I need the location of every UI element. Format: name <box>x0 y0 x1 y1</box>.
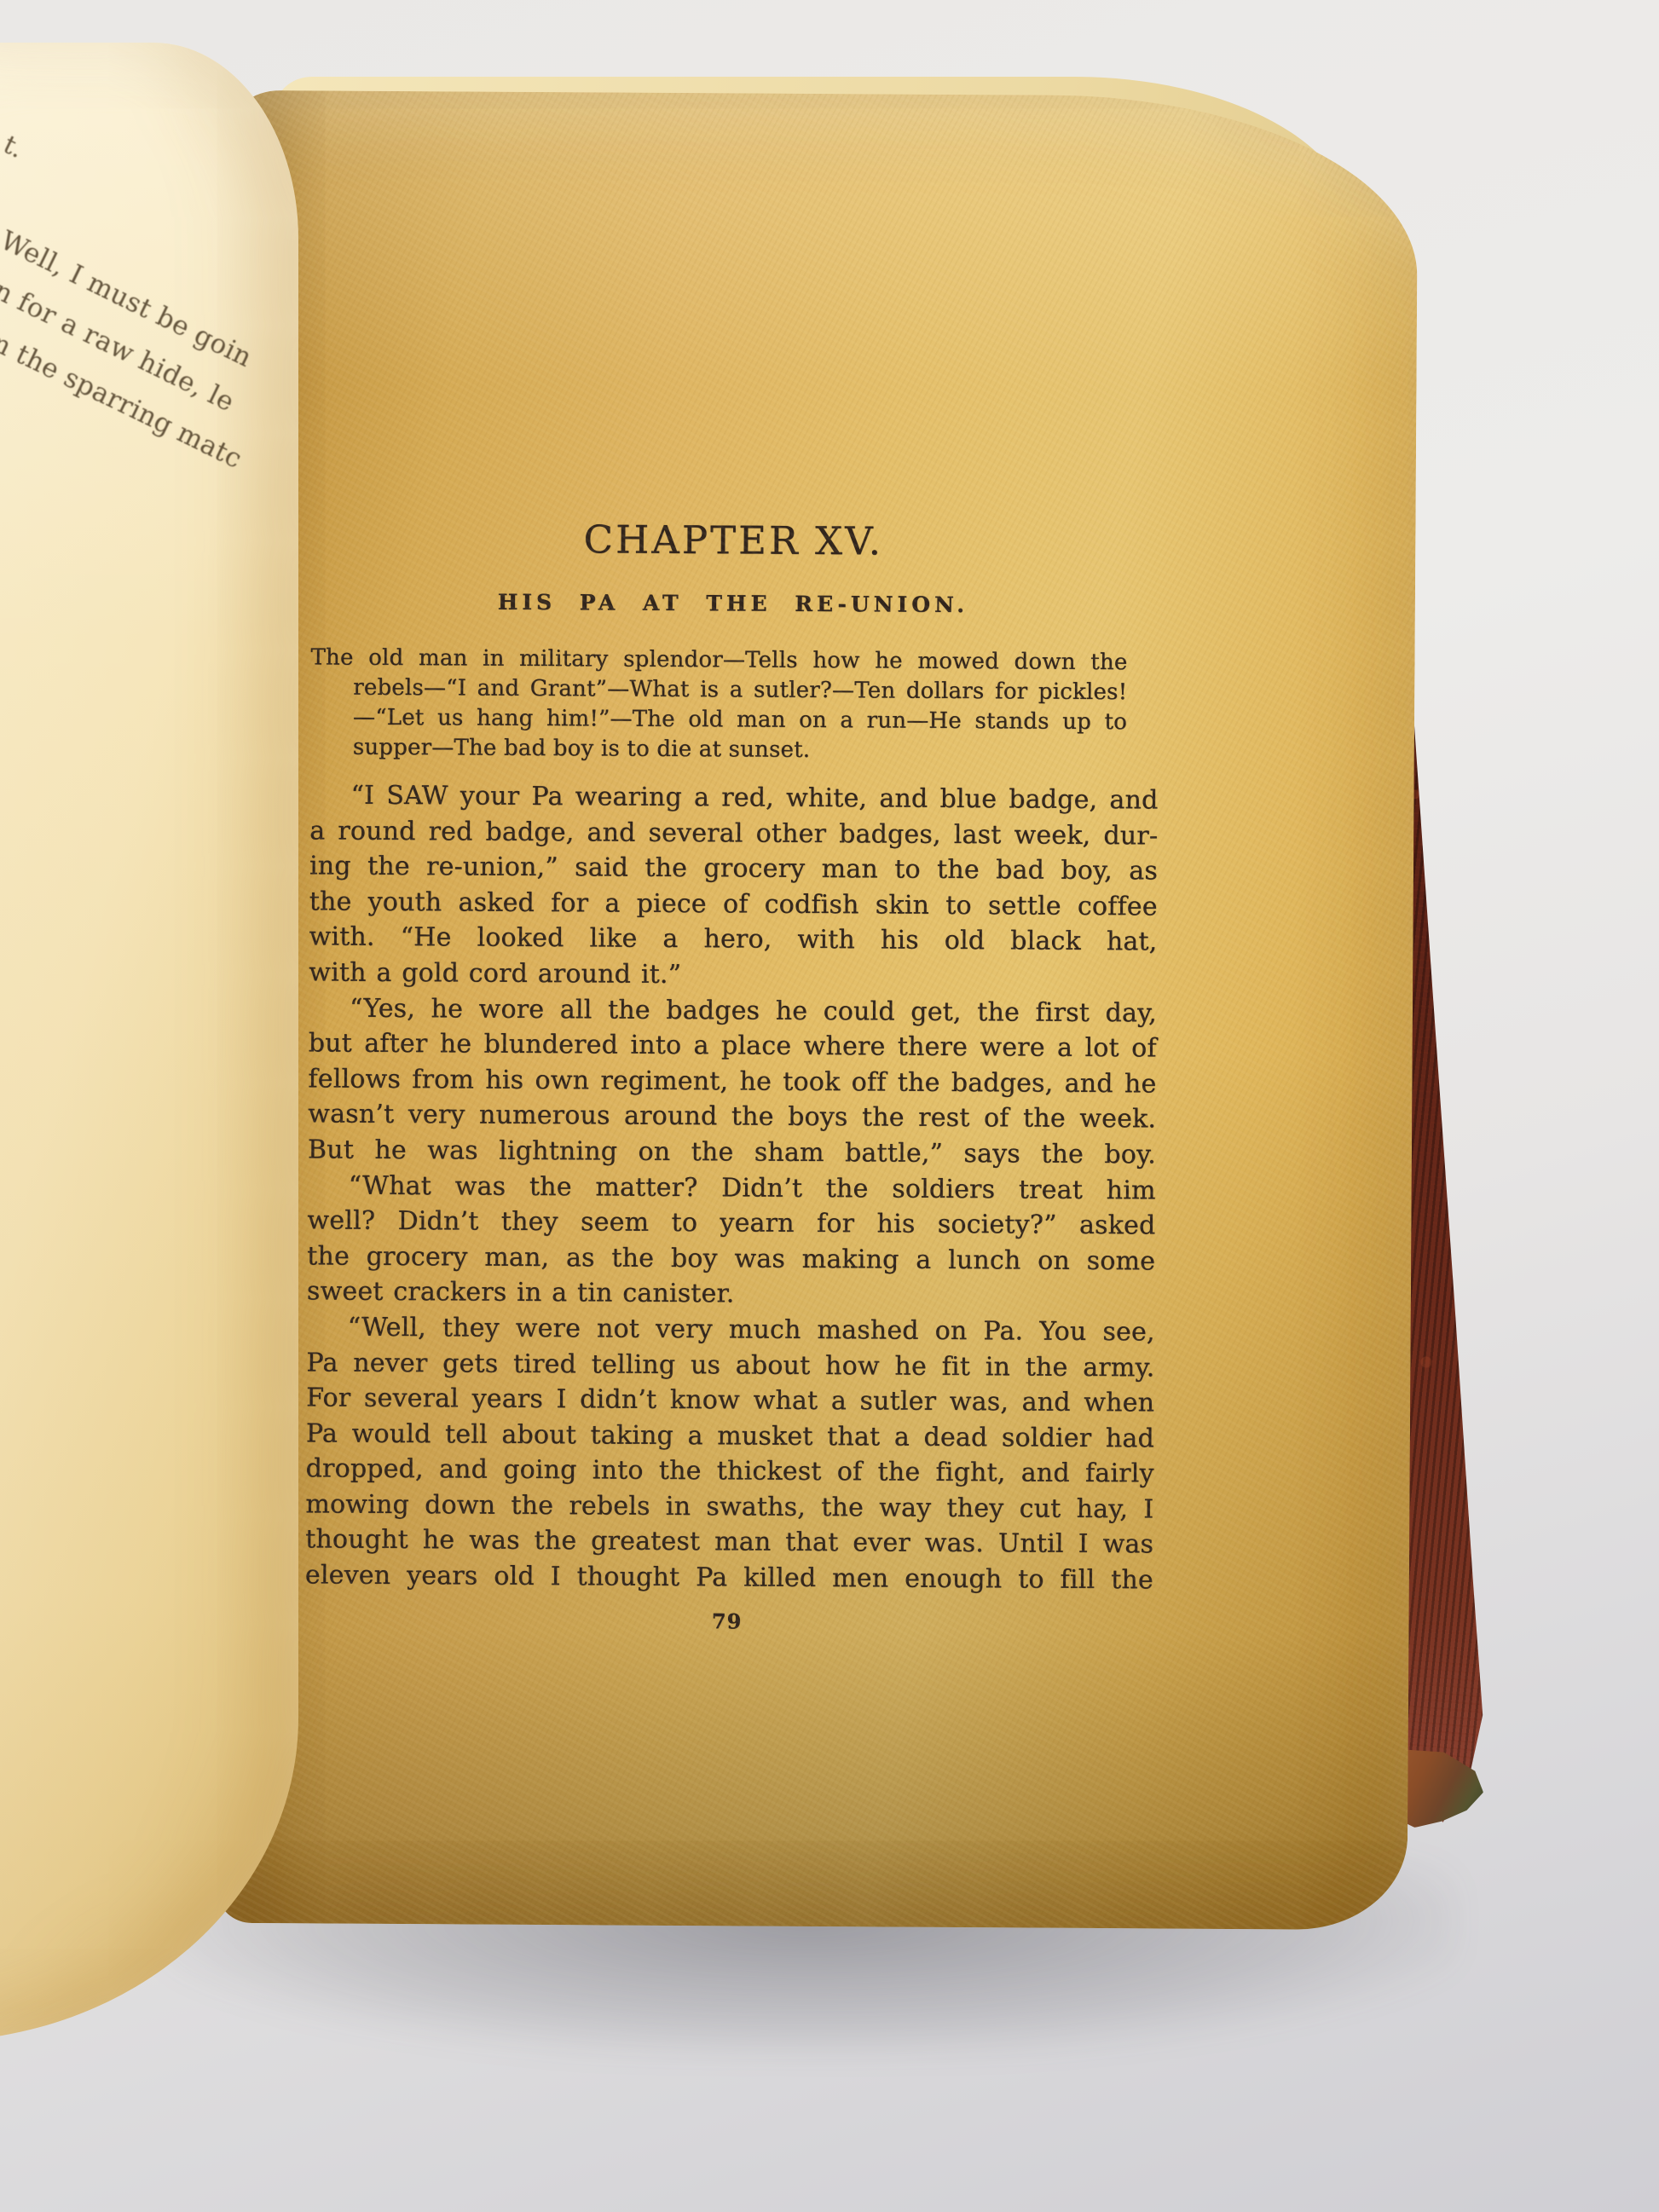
book-photo-scene: CHAPTER XV. HIS PA AT THE RE-UNION. The … <box>0 0 1659 2212</box>
summary-line: The old man in military splendor—Tells h… <box>310 643 1127 678</box>
previous-page-corner-fragment: t. <box>0 130 28 165</box>
body-line: the grocery man, as the boy was making a… <box>307 1239 1155 1279</box>
book-page: CHAPTER XV. HIS PA AT THE RE-UNION. The … <box>217 90 1418 1930</box>
body-line: eleven years old I thought Pa killed men… <box>305 1557 1153 1598</box>
page-body: “I SAW your Pa wearing a red, white, and… <box>305 777 1159 1598</box>
body-line: thought he was the greatest man that eve… <box>305 1522 1153 1563</box>
body-line: dropped, and going into the thickest of … <box>306 1452 1154 1493</box>
page-number: 79 <box>301 1606 1153 1636</box>
body-line: Pa never gets tired telling us about how… <box>306 1345 1154 1386</box>
summary-line: supper—The bad boy is to die at sunset. <box>310 732 1127 767</box>
chapter-heading: CHAPTER XV. <box>307 515 1159 565</box>
body-line: with. “He looked like a hero, with his o… <box>309 920 1157 961</box>
summary-line: —“Let us hang him!”—The old man on a run… <box>310 702 1127 737</box>
body-line: sweet crackers in a tin canister. <box>307 1274 1155 1315</box>
body-line: with a gold cord around it.” <box>309 955 1157 996</box>
body-line: For several years I didn’t know what a s… <box>306 1380 1154 1421</box>
body-line: wasn’t very numerous around the boys the… <box>308 1097 1156 1138</box>
chapter-summary: The old man in military splendor—Tells h… <box>310 643 1128 767</box>
body-line: well? Didn’t they seem to yearn for his … <box>307 1203 1155 1244</box>
body-line: “I SAW your Pa wearing a red, white, and… <box>309 777 1158 818</box>
previous-page-text: Well, I must be goinen for a raw hide, l… <box>0 217 298 525</box>
body-line: “Yes, he wore all the badges he could ge… <box>309 990 1157 1031</box>
body-line: ing the re-union,” said the grocery man … <box>309 849 1158 890</box>
body-line: “What was the matter? Didn’t the soldier… <box>308 1168 1156 1209</box>
body-line: but after he blundered into a place wher… <box>309 1026 1157 1067</box>
body-line: Pa would tell about taking a musket that… <box>306 1416 1154 1457</box>
previous-page: t. Well, I must be goinen for a raw hide… <box>0 43 298 2042</box>
chapter-subtitle: HIS PA AT THE RE-UNION. <box>307 588 1159 618</box>
summary-line: rebels—“I and Grant”—What is a sutler?—T… <box>310 673 1127 707</box>
body-line: a round red badge, and several other bad… <box>309 813 1158 854</box>
body-line: the youth asked for a piece of codfish s… <box>309 884 1158 925</box>
body-line: “Well, they were not very much mashed on… <box>307 1309 1155 1350</box>
body-line: mowing down the rebels in swaths, the wa… <box>305 1487 1153 1528</box>
body-line: But he was lightning on the sham battle,… <box>308 1132 1156 1173</box>
body-line: fellows from his own regiment, he took o… <box>308 1061 1156 1102</box>
